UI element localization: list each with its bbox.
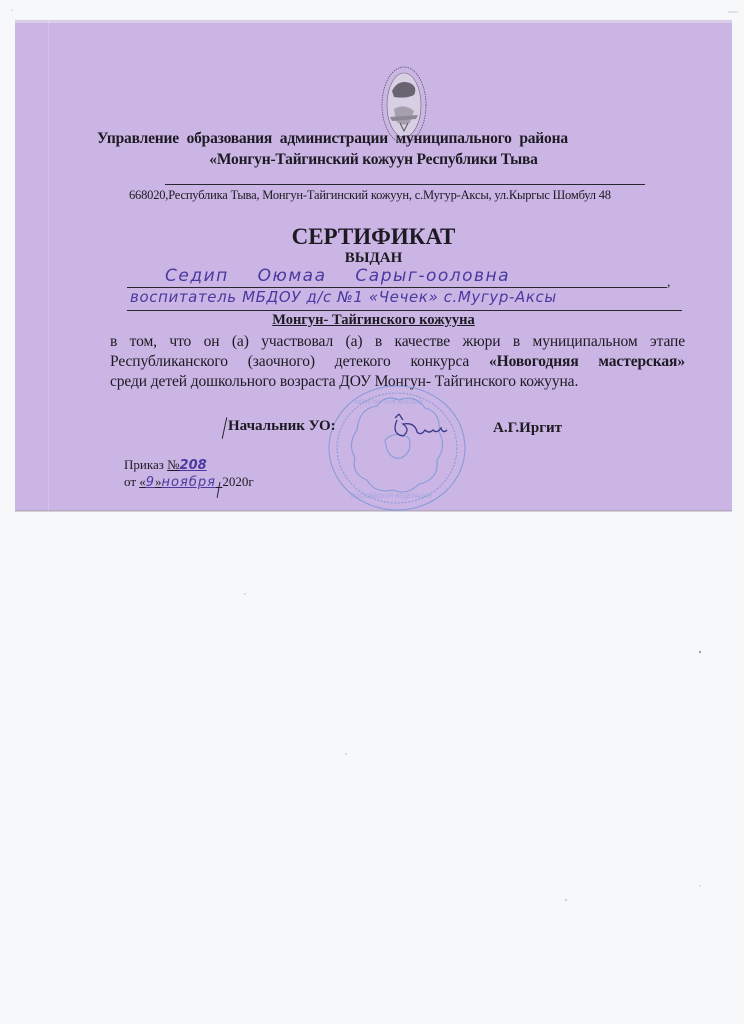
svg-text:РОССИЙСКАЯ ФЕДЕРАЦИЯ: РОССИЙСКАЯ ФЕДЕРАЦИЯ bbox=[351, 492, 432, 500]
address: 668020,Республика Тыва, Монгун-Тайгински… bbox=[129, 188, 611, 203]
order-month-handwritten: ноября bbox=[162, 475, 216, 490]
body-line-2-prefix: Республиканского (заочного) детекого кон… bbox=[110, 353, 489, 370]
district-text: Монгун- Тайгинского кожууна bbox=[272, 312, 475, 328]
signature-slash bbox=[222, 417, 228, 439]
handwritten-signature-icon bbox=[385, 410, 455, 446]
recipient-name-handwritten: Седип Оюмаа Сарыг-ооловна bbox=[165, 266, 510, 286]
order-number-handwritten: 208 bbox=[180, 458, 207, 473]
recipient-position-handwritten: воспитатель МБДОУ д/с №1 «Чечек» с.Мугур… bbox=[130, 288, 557, 306]
certificate-title: СЕРТИФИКАТ bbox=[15, 224, 732, 250]
recipient-line-2 bbox=[127, 310, 682, 311]
order-year: 2020г bbox=[222, 474, 253, 489]
contest-name: «Новогодняя мастерская» bbox=[489, 353, 685, 370]
header-rule bbox=[165, 184, 645, 185]
signatory-title: Начальник УО: bbox=[228, 418, 336, 435]
certificate-paper: Управление образования администрации мун… bbox=[15, 20, 732, 510]
order-date-prefix: от bbox=[124, 474, 136, 489]
district-label: Монгун- Тайгинского кожууна bbox=[15, 312, 732, 329]
paper-edge bbox=[15, 20, 732, 23]
order-date: от «9»ноября 2020г bbox=[124, 474, 254, 490]
order-label: Приказ bbox=[124, 457, 164, 472]
issued-label: ВЫДАН bbox=[15, 250, 732, 267]
comma-mark: , bbox=[667, 275, 671, 291]
svg-text:МОНГУН-ТАЙГИНСКИЙ: МОНГУН-ТАЙГИНСКИЙ bbox=[355, 398, 423, 406]
body-line-2: Республиканского (заочного) детекого кон… bbox=[110, 352, 685, 372]
signatory-name: А.Г.Иргит bbox=[493, 420, 562, 437]
body-line-1: в том, что он (а) участвовал (а) в качес… bbox=[110, 332, 685, 352]
order-number: Приказ №208 bbox=[124, 457, 207, 473]
order-day-handwritten: 9 bbox=[146, 475, 155, 490]
header-line-1: Управление образования администрации мун… bbox=[97, 130, 717, 148]
official-round-stamp-icon: РОССИЙСКАЯ ФЕДЕРАЦИЯ МОНГУН-ТАЙГИНСКИЙ bbox=[315, 380, 485, 515]
header-line-2: «Монгун-Тайгинский кожуун Республики Тыв… bbox=[15, 151, 732, 169]
order-number-sign: № bbox=[167, 457, 179, 472]
